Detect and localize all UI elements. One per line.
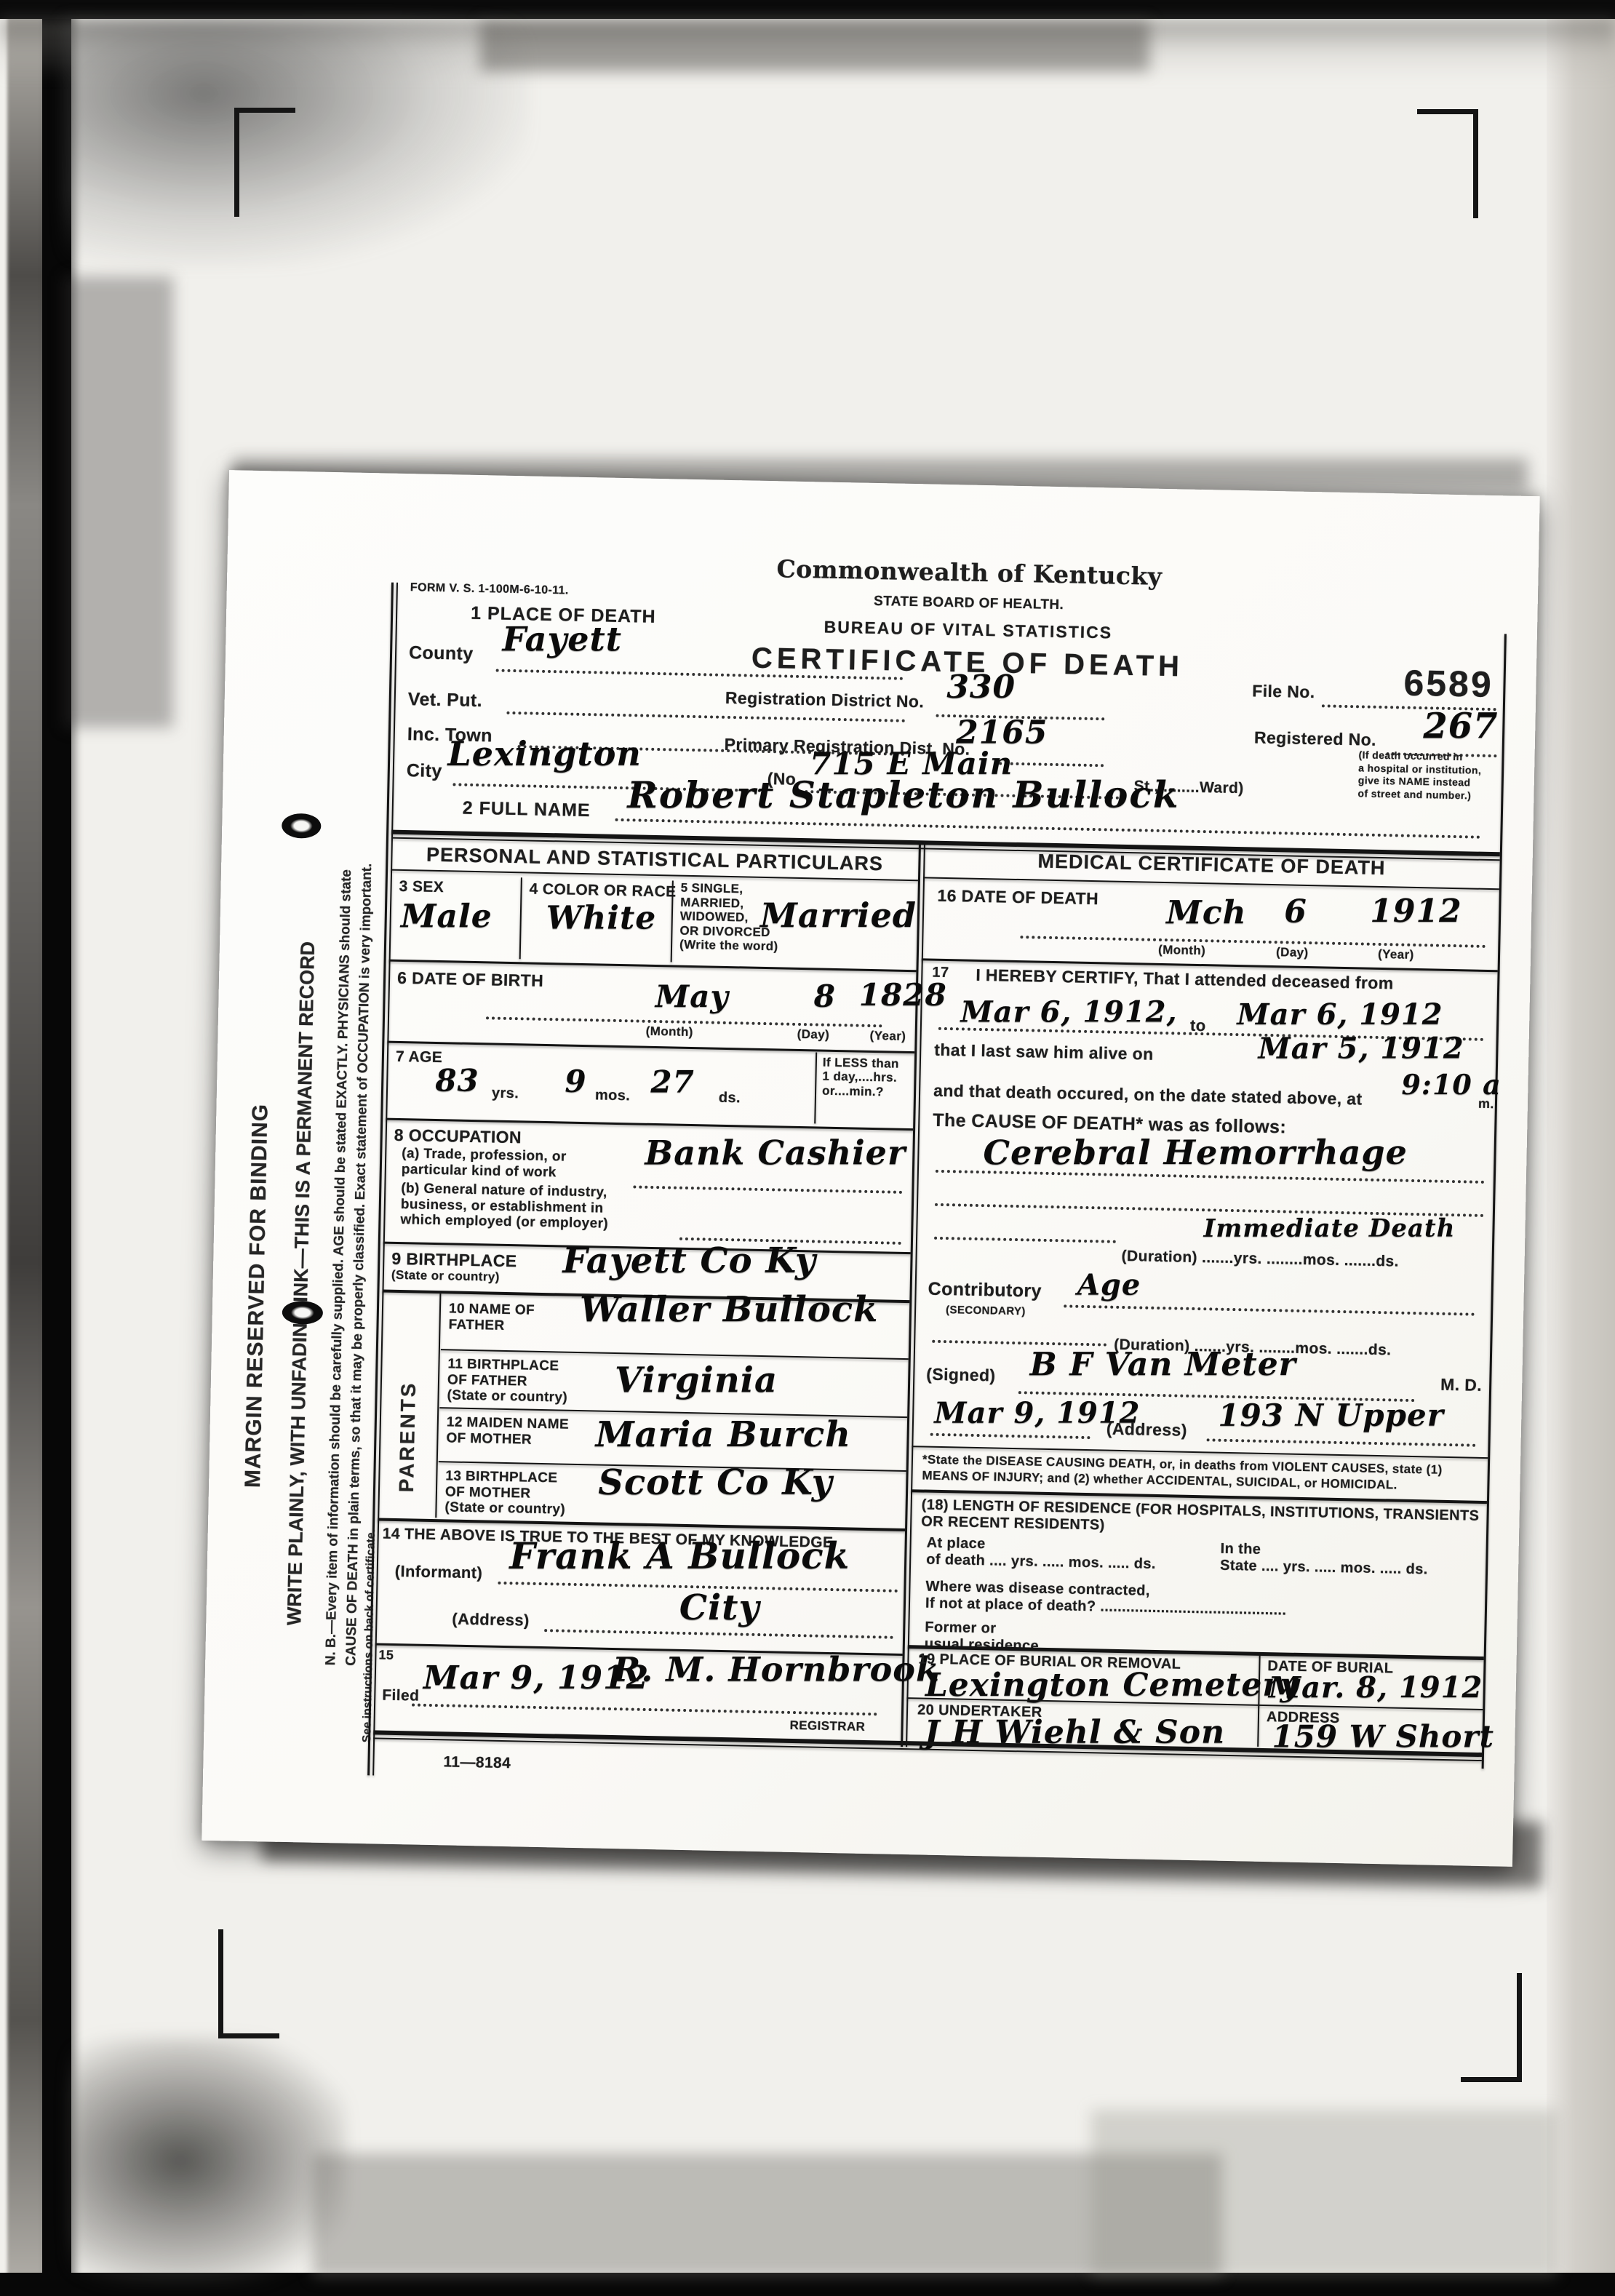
age-days-value: 27 — [650, 1064, 694, 1099]
dotted-line — [506, 711, 905, 722]
sex-label: 3 SEX — [399, 878, 444, 896]
signed-label: (Signed) — [926, 1365, 996, 1385]
yrs-label: yrs. — [492, 1085, 519, 1103]
age-months-value: 9 — [565, 1064, 586, 1099]
certify-label: I HEREBY CERTIFY, That I attended deceas… — [976, 965, 1394, 993]
marital-value: Married — [760, 896, 917, 935]
dotted-line — [930, 1433, 1090, 1439]
scan-smudge-top-mid — [480, 20, 1149, 71]
dotted-line — [412, 1703, 877, 1715]
ds-label: ds. — [719, 1090, 741, 1107]
corner-bracket-bottom-left — [218, 1929, 279, 2038]
city-value: Lexington — [447, 734, 642, 773]
month-sublabel: (Month) — [646, 1024, 693, 1040]
birthplace-sublabel: (State or country) — [391, 1268, 500, 1284]
scan-smudge-left-mid — [64, 276, 173, 728]
registrar-signature: R. M. Hornbrook — [613, 1649, 940, 1689]
dob-label: 6 DATE OF BIRTH — [397, 968, 544, 990]
contributory-value: Age — [1077, 1268, 1141, 1302]
mos-label: mos. — [595, 1087, 631, 1104]
residence-at-place: At place of death .... yrs. ..... mos. .… — [926, 1535, 1157, 1573]
scan-left-page-edge — [7, 0, 45, 2296]
file-no-label: File No. — [1252, 681, 1315, 701]
sex-value: Male — [401, 898, 493, 935]
death-time-unit: m. — [1478, 1096, 1494, 1112]
color-race-value: White — [546, 899, 656, 936]
scan-top-bar — [0, 0, 1615, 19]
full-name-label: 2 FULL NAME — [463, 798, 591, 821]
scan-smudge-top-left — [64, 19, 530, 266]
dob-day-value: 8 — [814, 978, 836, 1014]
dotted-line — [615, 818, 1481, 839]
mother-name-value: Maria Burch — [596, 1414, 852, 1455]
city-label: City — [407, 760, 442, 781]
rule — [387, 1041, 914, 1054]
attended-to-value: Mar 6, 1912 — [1237, 997, 1443, 1032]
last-saw-label: that I last saw him alive on — [934, 1040, 1154, 1064]
year-sublabel: (Year) — [869, 1029, 906, 1043]
residence-contracted: Where was disease contracted, If not at … — [925, 1579, 1287, 1619]
informant-value: Frank A Bullock — [509, 1534, 850, 1577]
registered-no-value: 267 — [1423, 706, 1498, 746]
month-sublabel: (Month) — [1158, 943, 1205, 958]
occupation-value: Bank Cashier — [645, 1133, 906, 1172]
form-number: FORM V. S. 1-100M-6-10-11. — [410, 581, 569, 598]
death-occurred-label: and that death occured, on the date stat… — [933, 1081, 1363, 1109]
vet-put-label: Vet. Put. — [408, 689, 483, 711]
full-name-value: Robert Stapleton Bullock — [627, 773, 1179, 816]
informant-label: (Informant) — [395, 1562, 483, 1582]
dotted-line — [544, 1629, 893, 1639]
filed-label: Filed — [382, 1687, 419, 1705]
father-birthplace-value: Virginia — [615, 1360, 778, 1400]
death-month-value: Mch — [1166, 894, 1247, 931]
birthplace-value: Fayett Co Ky — [562, 1240, 816, 1281]
county-label: County — [409, 642, 474, 664]
margin-note-reserved: MARGIN RESERVED FOR BINDING — [241, 1104, 274, 1488]
informant-address-label: (Address) — [452, 1610, 530, 1630]
signed-address-label: (Address) — [1106, 1419, 1187, 1440]
age-years-value: 83 — [435, 1063, 479, 1099]
year-sublabel: (Year) — [1378, 947, 1414, 962]
death-year-value: 1912 — [1370, 893, 1462, 930]
md-label: M. D. — [1440, 1375, 1482, 1395]
county-value: Fayett — [502, 619, 622, 658]
ink-blot — [282, 1301, 324, 1325]
residence-in-state: In the State .... yrs. ..... mos. ..... … — [1220, 1541, 1428, 1578]
occupation-b-label: (b) General nature of industry, business… — [400, 1181, 609, 1232]
filed-item-number: 15 — [378, 1648, 394, 1663]
signed-address-value: 193 N Upper — [1218, 1398, 1444, 1433]
corner-bracket-top-right — [1417, 109, 1478, 218]
father-name-label: 10 NAME OF FATHER — [448, 1301, 535, 1334]
day-sublabel: (Day) — [1276, 945, 1309, 960]
attended-from-value: Mar 6, 1912, — [960, 994, 1177, 1029]
registration-district-value: 330 — [946, 669, 1016, 706]
dotted-line — [934, 1237, 1116, 1243]
father-name-value: Waller Bullock — [580, 1289, 878, 1330]
mother-name-label: 12 MAIDEN NAME OF MOTHER — [446, 1414, 569, 1448]
scan-blob-bottom-left — [70, 2037, 346, 2284]
day-sublabel: (Day) — [797, 1027, 829, 1042]
dotted-line — [999, 762, 1104, 767]
scanned-page: MARGIN RESERVED FOR BINDING WRITE PLAINL… — [0, 0, 1615, 2296]
scan-streak-bottom — [313, 2153, 1222, 2277]
dotted-line — [1064, 1304, 1475, 1315]
physician-signature: B F Van Meter — [1030, 1346, 1296, 1383]
scan-streak-bottom-right — [1091, 2110, 1557, 2277]
occupation-a-label: (a) Trade, profession, or particular kin… — [402, 1146, 567, 1181]
corner-bracket-bottom-right — [1461, 1973, 1522, 2082]
parents-vertical-label: PARENTS — [395, 1381, 420, 1492]
dotted-line — [633, 1185, 902, 1193]
state-board-line: STATE BOARD OF HEALTH. — [692, 590, 1245, 617]
dotted-line — [1207, 1438, 1476, 1446]
certificate-paper: MARGIN RESERVED FOR BINDING WRITE PLAINL… — [202, 470, 1539, 1867]
cause-of-death-value: Cerebral Hemorrhage — [984, 1133, 1408, 1173]
color-race-label: 4 COLOR OR RACE — [529, 881, 676, 901]
commonwealth-title: Commonwealth of Kentucky — [693, 554, 1246, 592]
registrar-label: REGISTRAR — [789, 1718, 865, 1734]
duration-label: (Duration) .......yrs. ........mos. ....… — [1121, 1248, 1399, 1271]
scan-right-strip — [1547, 0, 1615, 2296]
hospital-note: (If death occurred in a hospital or inst… — [1357, 749, 1481, 802]
date-of-death-label: 16 DATE OF DEATH — [937, 886, 1098, 909]
informant-address-value: City — [679, 1587, 760, 1628]
right-border-rule — [1482, 634, 1507, 1769]
cause-duration-value: Immediate Death — [1203, 1214, 1455, 1243]
death-day-value: 6 — [1284, 893, 1307, 930]
registration-district-label: Registration District No. — [725, 688, 925, 711]
last-saw-value: Mar 5, 1912 — [1258, 1031, 1464, 1065]
occupation-label: 8 OCCUPATION — [394, 1125, 522, 1147]
mother-birthplace-label: 13 BIRTHPLACE OF MOTHER (State or countr… — [444, 1468, 566, 1518]
registered-no-label: Registered No. — [1254, 728, 1376, 749]
bureau-line: BUREAU OF VITAL STATISTICS — [692, 615, 1245, 645]
father-birthplace-label: 11 BIRTHPLACE OF FATHER (State or countr… — [447, 1356, 568, 1406]
margin-rule — [367, 583, 394, 1776]
dob-month-value: May — [655, 978, 729, 1014]
contributory-sublabel: (SECONDARY) — [946, 1304, 1026, 1318]
certify-item-number: 17 — [932, 965, 949, 981]
ink-blot — [282, 813, 322, 839]
attended-to-label: to — [1190, 1016, 1206, 1035]
residence-label: (18) LENGTH OF RESIDENCE (FOR HOSPITALS,… — [921, 1496, 1482, 1541]
birthplace-label: 9 BIRTHPLACE — [391, 1249, 517, 1271]
burial-date-value: Mar. 8, 1912 — [1269, 1670, 1483, 1705]
dotted-line — [1020, 936, 1486, 948]
age-less-than-note: If LESS than 1 day,....hrs. or....min.? — [822, 1056, 899, 1099]
cause-footnote: *State the DISEASE CAUSING DEATH, or, in… — [922, 1452, 1483, 1496]
dob-year-value: 1828 — [859, 977, 947, 1013]
mother-birthplace-value: Scott Co Ky — [598, 1462, 832, 1503]
parents-cell-divider — [435, 1294, 441, 1518]
contributory-label: Contributory — [928, 1279, 1042, 1302]
corner-bracket-top-left — [234, 108, 295, 217]
cell-divider — [814, 1052, 817, 1123]
file-no-value: 6589 — [1403, 663, 1494, 706]
margin-rule — [372, 583, 398, 1776]
margin-note-write-plainly: WRITE PLAINLY, WITH UNFADING INK—THIS IS… — [283, 941, 319, 1626]
cell-divider — [519, 877, 522, 959]
form-code: 11—8184 — [443, 1753, 511, 1772]
